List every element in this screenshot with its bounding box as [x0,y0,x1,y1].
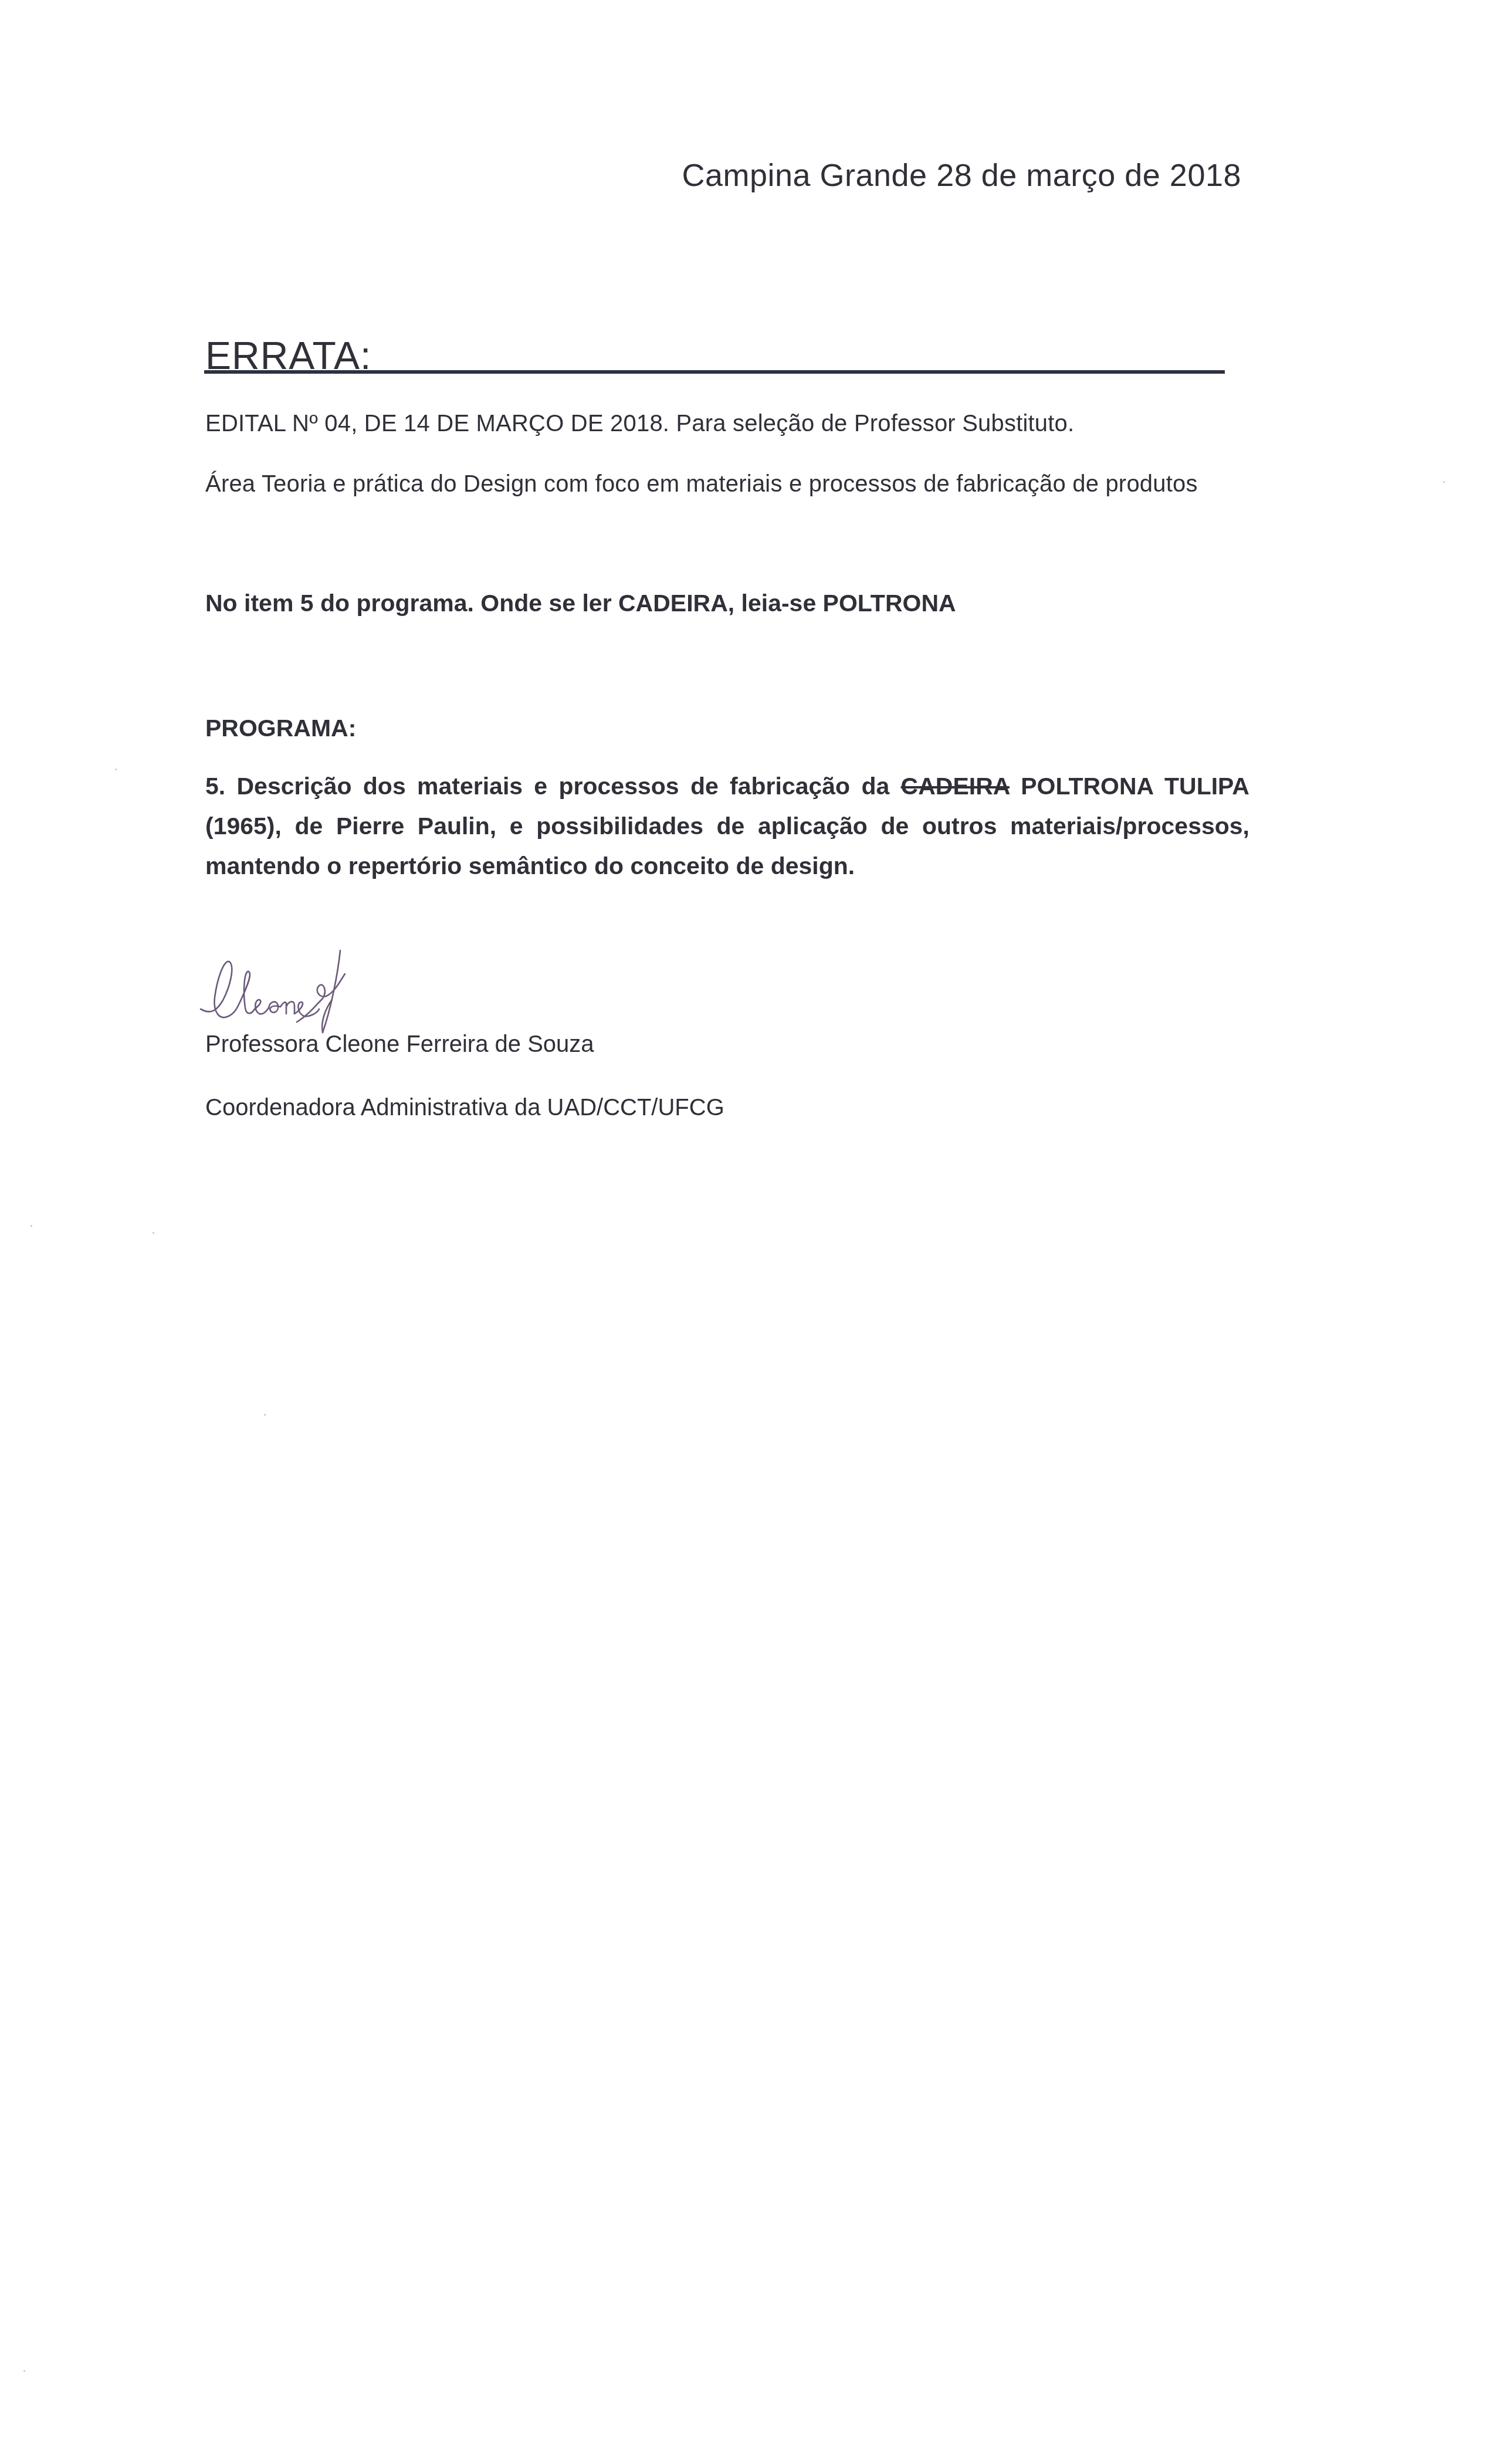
area-description: Área Teoria e prática do Design com foco… [205,471,1198,497]
scan-speck [153,1232,154,1234]
signer-name: Professora Cleone Ferreira de Souza [205,1031,594,1058]
scanned-document-page: Campina Grande 28 de março de 2018 ERRAT… [0,0,1497,2464]
place-and-date: Campina Grande 28 de março de 2018 [682,157,1241,194]
scan-speck [23,2370,25,2372]
signer-role: Coordenadora Administrativa da UAD/CCT/U… [205,1095,724,1121]
scan-speck [115,769,117,770]
program-item-5: 5. Descrição dos materiais e processos d… [205,766,1249,886]
program-heading: PROGRAMA: [205,715,356,742]
title-underline-rule [204,370,1225,374]
scan-speck [1443,481,1445,483]
scan-speck [31,1225,32,1227]
program-item-prefix: 5. Descrição dos materiais e processos d… [205,773,889,800]
struck-word: CADEIRA [901,773,1010,800]
scan-speck [264,1414,266,1416]
correction-note: No item 5 do programa. Onde se ler CADEI… [205,590,956,617]
edital-reference: EDITAL Nº 04, DE 14 DE MARÇO DE 2018. Pa… [205,411,1074,437]
